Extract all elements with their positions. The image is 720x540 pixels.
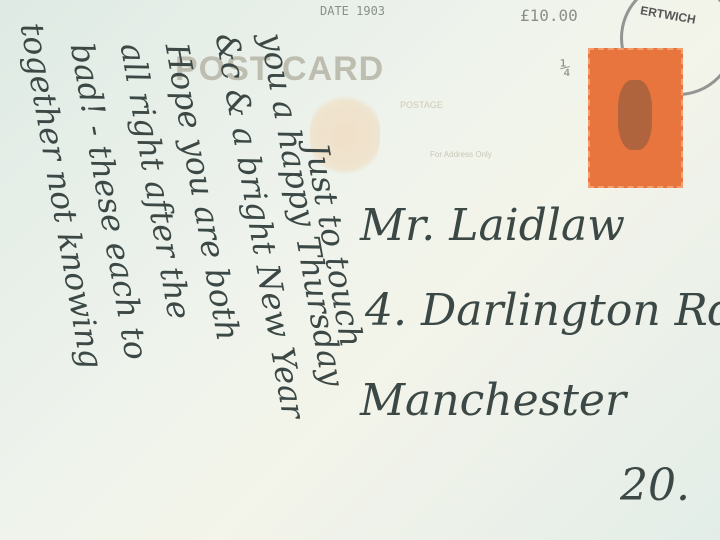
address-line-4: 20. bbox=[620, 460, 690, 511]
address-line-3: Manchester bbox=[360, 375, 626, 426]
annotation-price: £10.00 bbox=[520, 6, 578, 25]
printed-address-only: For Address Only bbox=[430, 150, 492, 159]
printed-postage-label: POSTAGE bbox=[400, 100, 443, 110]
postage-stamp bbox=[588, 48, 683, 188]
address-line-1: Mr. Laidlaw bbox=[360, 200, 625, 251]
annotation-date: DATE 1903 bbox=[320, 4, 385, 18]
address-line-2: 4. Darlington Rd bbox=[365, 285, 720, 336]
annotation-stamp-side: ¼ bbox=[560, 58, 571, 79]
postcard: POST CARD POSTAGE For Address Only DATE … bbox=[0, 0, 720, 540]
stamp-portrait bbox=[618, 80, 652, 150]
